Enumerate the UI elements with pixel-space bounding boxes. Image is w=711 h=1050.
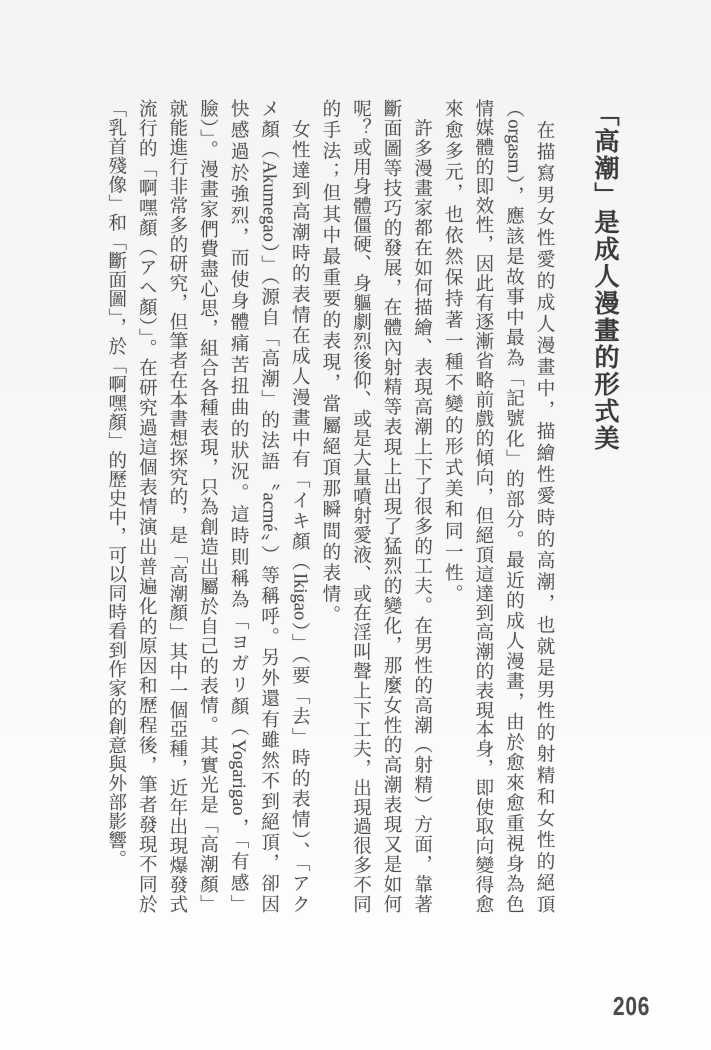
text-column: 快感過於強烈，而使身體痛苦扭曲的狀況。這時則稱為「ヨガリ顏（Yogarigao，… — [222, 99, 253, 913]
text-column: 女性達到高潮時的表情在成人漫畫中有「イキ顏（Ikigao）」（要「去」時的表情）… — [284, 99, 315, 913]
text-column: 來愈多元，也依然保持著一種不變的形式美和同一性。 — [437, 99, 468, 913]
text-column: 流行的「啊嘿顏（アヘ顏）」。在研究過這個表情演出普遍化的原因和歷程後，筆者發現不… — [131, 99, 162, 913]
text-column: メ顏（Akumegao）」（源自「高潮」的法語〝acmé〟）等稱呼。另外還有雖然… — [253, 99, 284, 913]
text-column: 許多漫畫家都在如何描繪、表現高潮上下了很多的工夫。在男性的高潮（射精）方面，靠著 — [406, 99, 437, 913]
text-column: 呢？或用身體僵硬、身軀劇烈後仰、或是大量噴射愛液、或在淫叫聲上下工夫，出現過很多… — [345, 99, 376, 913]
text-column: 臉）」。漫畫家們費盡心思，組合各種表現，只為創造出屬於自己的表情。其實光是「高潮… — [192, 99, 223, 913]
text-column: 的手法；但其中最重要的表現，當屬絕頂那瞬間的表情。 — [314, 99, 345, 913]
paragraph: 許多漫畫家都在如何描繪、表現高潮上下了很多的工夫。在男性的高潮（射精）方面，靠著… — [314, 99, 436, 913]
book-page: 「高潮」是成人漫畫的形式美 在描寫男女性愛的成人漫畫中，描繪性愛時的高潮，也就是… — [0, 0, 711, 1050]
text-column: （orgasm），應該是故事中最為「記號化」的部分。最近的成人漫畫，由於愈來愈重… — [498, 99, 529, 913]
paragraph: 在描寫男女性愛的成人漫畫中，描繪性愛時的高潮，也就是男性的射精和女性的絕頂 （o… — [437, 99, 559, 913]
text-column: 就能進行非常多的研究，但筆者在本書想探究的，是「高潮顏」其中一個亞種，近年出現爆… — [161, 99, 192, 913]
page-number: 206 — [613, 993, 650, 1019]
chapter-title: 「高潮」是成人漫畫的形式美 — [587, 99, 623, 915]
vertical-text-area: 「高潮」是成人漫畫的形式美 在描寫男女性愛的成人漫畫中，描繪性愛時的高潮，也就是… — [100, 99, 623, 913]
text-column: 斷面圖等技巧的發展，在體內射精等表現上出現了猛烈的變化，那麼女性的高潮表現又是如… — [375, 99, 406, 913]
text-column: 情媒體的即效性，因此有逐漸省略前戲的傾向，但絕頂這達到高潮的表現本身，即使取向變… — [467, 99, 498, 913]
paragraph: 女性達到高潮時的表情在成人漫畫中有「イキ顏（Ikigao）」（要「去」時的表情）… — [100, 99, 314, 913]
text-column: 「乳首殘像」和「斷面圖」，於「啊嘿顏」的歷史中，可以同時看到作家的創意與外部影響… — [100, 99, 131, 913]
text-column: 在描寫男女性愛的成人漫畫中，描繪性愛時的高潮，也就是男性的射精和女性的絕頂 — [528, 99, 559, 913]
